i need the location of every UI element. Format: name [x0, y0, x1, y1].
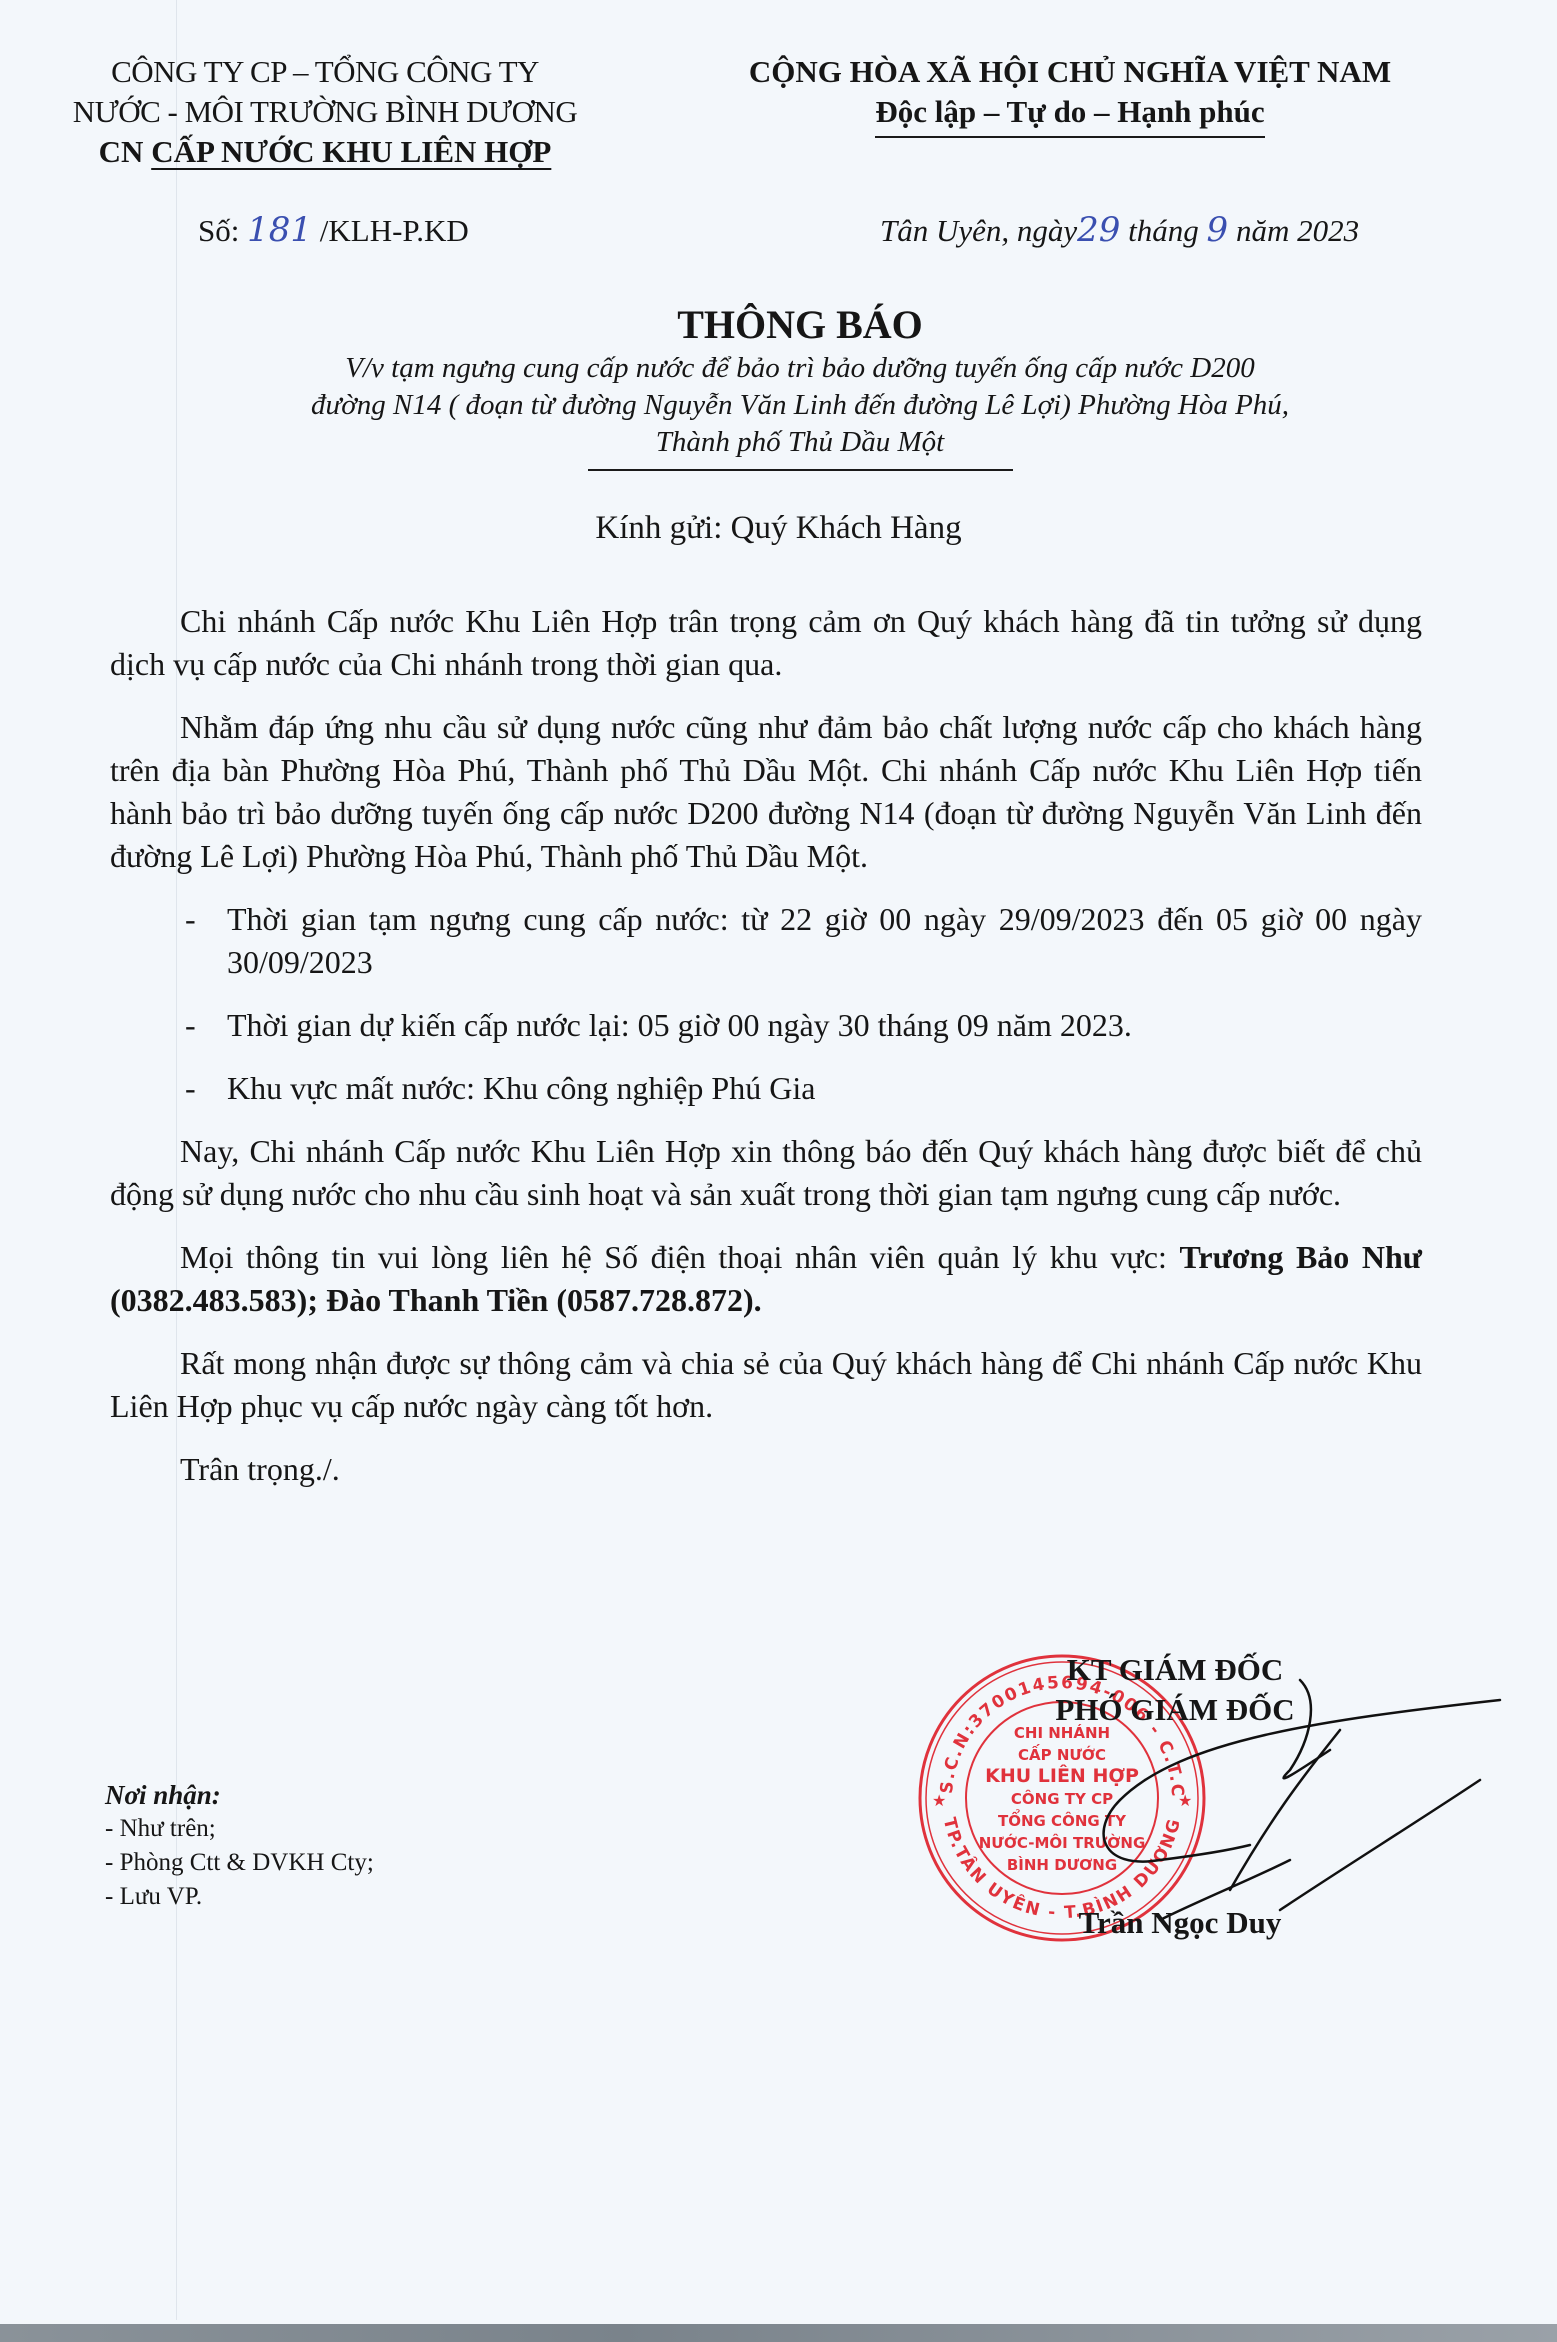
bullet-text: Khu vực mất nước: Khu công nghiệp Phú Gi…	[227, 1070, 815, 1106]
branch-prefix: CN	[99, 134, 152, 169]
bullet-outage-time: - Thời gian tạm ngưng cung cấp nước: từ …	[110, 898, 1422, 984]
subject-line2: đường N14 ( đoạn từ đường Nguyễn Văn Lin…	[150, 387, 1450, 424]
bullet-text: Thời gian tạm ngưng cung cấp nước: từ 22…	[227, 901, 1422, 980]
bullet-dash: -	[185, 898, 196, 941]
issuer-header: CÔNG TY CP – TỔNG CÔNG TY NƯỚC - MÔI TRƯ…	[40, 52, 610, 172]
date-place: Tân Uyên, ngày	[880, 213, 1077, 248]
year-label: năm 2023	[1228, 213, 1359, 248]
bullet-dash: -	[185, 1004, 196, 1047]
handwritten-number: 181	[247, 210, 312, 250]
bullet-text: Thời gian dự kiến cấp nước lại: 05 giờ 0…	[227, 1007, 1132, 1043]
document-title: THÔNG BÁO	[150, 300, 1450, 350]
signature-title-line2: PHÓ GIÁM ĐỐC	[1040, 1690, 1310, 1730]
recipient-item: - Lưu VP.	[105, 1880, 374, 1914]
number-label: Số:	[198, 213, 247, 248]
title-block: THÔNG BÁO V/v tạm ngưng cung cấp nước để…	[150, 300, 1450, 471]
bullet-dash: -	[185, 1067, 196, 1110]
subject-underline	[588, 469, 1013, 471]
svg-text:★: ★	[932, 1791, 946, 1810]
paragraph-apology: Rất mong nhận được sự thông cảm và chia …	[110, 1342, 1422, 1428]
parent-company-line2: NƯỚC - MÔI TRƯỜNG BÌNH DƯƠNG	[40, 92, 610, 132]
signer-name: Trần Ngọc Duy	[1040, 1905, 1320, 1941]
signature-title: KT GIÁM ĐỐC PHÓ GIÁM ĐỐC	[1040, 1650, 1310, 1730]
scanner-edge	[0, 2324, 1557, 2342]
national-motto: Độc lập – Tự do – Hạnh phúc	[875, 92, 1264, 138]
branch-name: CN CẤP NƯỚC KHU LIÊN HỢP	[40, 132, 610, 172]
branch-name-underlined: CẤP NƯỚC KHU LIÊN HỢP	[151, 134, 551, 169]
bullet-restore-time: - Thời gian dự kiến cấp nước lại: 05 giờ…	[110, 1004, 1422, 1047]
salutation: Kính gửi: Quý Khách Hàng	[0, 510, 1557, 547]
paragraph-contact: Mọi thông tin vui lòng liên hệ Số điện t…	[110, 1236, 1422, 1322]
bullet-affected-area: - Khu vực mất nước: Khu công nghiệp Phú …	[110, 1067, 1422, 1110]
recipient-item: - Phòng Ctt & DVKH Cty;	[105, 1846, 374, 1880]
contact-intro: Mọi thông tin vui lòng liên hệ Số điện t…	[180, 1239, 1179, 1275]
recipient-item: - Như trên;	[105, 1812, 374, 1846]
document-date: Tân Uyên, ngày29 tháng 9 năm 2023	[880, 210, 1359, 250]
parent-company-line1: CÔNG TY CP – TỔNG CÔNG TY	[40, 52, 610, 92]
paragraph-thanks: Chi nhánh Cấp nước Khu Liên Hợp trân trọ…	[110, 600, 1422, 686]
handwritten-month: 9	[1207, 210, 1229, 250]
paragraph-maintenance: Nhằm đáp ứng nhu cầu sử dụng nước cũng n…	[110, 706, 1422, 878]
recipients-block: Nơi nhận: - Như trên; - Phòng Ctt & DVKH…	[105, 1778, 374, 1914]
closing: Trân trọng./.	[110, 1448, 1422, 1491]
month-label: tháng	[1120, 213, 1206, 248]
document-body: Chi nhánh Cấp nước Khu Liên Hợp trân trọ…	[110, 600, 1422, 1511]
handwritten-day: 29	[1077, 210, 1120, 250]
document-page: CÔNG TY CP – TỔNG CÔNG TY NƯỚC - MÔI TRƯ…	[0, 0, 1557, 2342]
nation-name: CỘNG HÒA XÃ HỘI CHỦ NGHĨA VIỆT NAM	[720, 52, 1420, 92]
paragraph-notice: Nay, Chi nhánh Cấp nước Khu Liên Hợp xin…	[110, 1130, 1422, 1216]
signature-title-line1: KT GIÁM ĐỐC	[1040, 1650, 1310, 1690]
subject-line1: V/v tạm ngưng cung cấp nước để bảo trì b…	[150, 350, 1450, 387]
subject-line3: Thành phố Thủ Dầu Một	[150, 424, 1450, 461]
number-suffix: /KLH-P.KD	[312, 213, 469, 248]
recipients-label: Nơi nhận:	[105, 1778, 374, 1812]
national-header: CỘNG HÒA XÃ HỘI CHỦ NGHĨA VIỆT NAM Độc l…	[720, 52, 1420, 138]
document-number: Số: 181 /KLH-P.KD	[198, 210, 469, 250]
